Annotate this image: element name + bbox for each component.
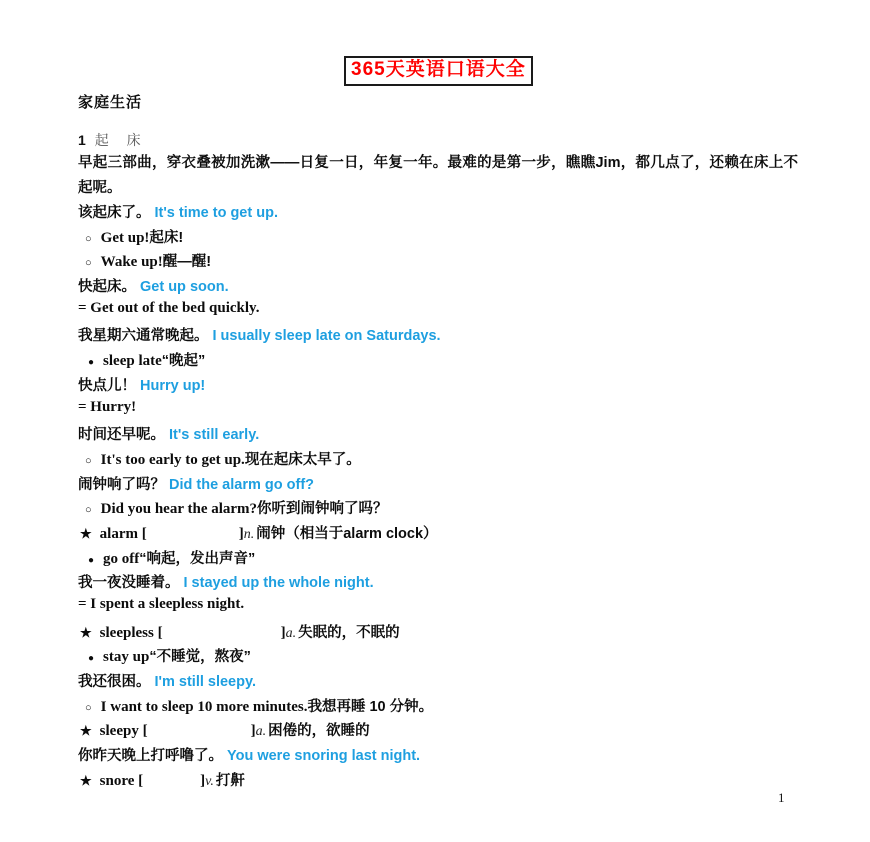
doc-line: 我还很困。I'm still sleepy. bbox=[78, 670, 838, 695]
english-text: = Get out of the bed quickly. bbox=[78, 300, 259, 317]
circle-bullet-icon: ○ bbox=[85, 702, 92, 714]
chinese-text: 闹钟响了吗？ bbox=[78, 473, 165, 494]
doc-line: 我一夜没睡着。I stayed up the whole night. bbox=[78, 571, 838, 596]
lesson-line: 1 起 床 bbox=[78, 130, 143, 150]
chinese-text: 我还很困。 bbox=[78, 670, 151, 691]
chinese-text: 闹钟（相当于alarm clock） bbox=[256, 522, 437, 543]
doc-line: 你昨天晚上打呼噜了。You were snoring last night. bbox=[78, 744, 838, 769]
chinese-text: 时间还早呢。 bbox=[78, 423, 165, 444]
english-text: sleepless [ bbox=[100, 625, 163, 642]
doc-line: ●go off“响起，发出声音” bbox=[78, 547, 838, 572]
doc-line: = Get out of the bed quickly. bbox=[78, 300, 838, 325]
chinese-text: 失眠的，不眠的 bbox=[298, 621, 400, 642]
doc-line: ★alarm [ ] n.闹钟（相当于alarm clock） bbox=[78, 522, 838, 547]
doc-line: ★sleepless [ ] a.失眠的，不眠的 bbox=[78, 621, 838, 646]
page-number: 1 bbox=[778, 790, 785, 806]
english-text: snore [ bbox=[100, 773, 143, 790]
lesson-name: 起 床 bbox=[95, 134, 143, 149]
english-text: Did you hear the alarm? bbox=[101, 501, 257, 518]
chinese-text: “晚起” bbox=[162, 349, 206, 370]
chinese-text: “不睡觉，熬夜” bbox=[149, 645, 251, 666]
chinese-text: 你昨天晚上打呼噜了。 bbox=[78, 744, 223, 765]
pos-label: n. bbox=[244, 527, 255, 543]
phonetic-gap bbox=[143, 772, 200, 790]
document-title: 365天英语口语大全 bbox=[351, 59, 526, 80]
english-text: Wake up! bbox=[101, 254, 163, 271]
circle-bullet-icon: ○ bbox=[85, 257, 92, 269]
phonetic-gap bbox=[163, 624, 281, 642]
circle-bullet-icon: ○ bbox=[85, 504, 92, 516]
doc-line: ★snore [ ] v. 打鼾 bbox=[78, 769, 838, 794]
english-translation-blue: I'm still sleepy. bbox=[155, 674, 257, 690]
doc-line: ★sleepy [ ] a.困倦的，欲睡的 bbox=[78, 719, 838, 744]
doc-line: ●sleep late“晚起” bbox=[78, 349, 838, 374]
doc-line: = Hurry! bbox=[78, 399, 838, 424]
doc-line: 时间还早呢。It's still early. bbox=[78, 423, 838, 448]
english-text: alarm [ bbox=[100, 526, 147, 543]
dialog-lines: 该起床了。It's time to get up.○Get up! 起床!○Wa… bbox=[78, 201, 838, 794]
english-translation-blue: Did the alarm go off? bbox=[169, 477, 314, 493]
doc-line: 该起床了。It's time to get up. bbox=[78, 201, 838, 226]
section-heading: 家庭生活 bbox=[78, 91, 142, 112]
english-text: It's too early to get up. bbox=[101, 452, 245, 469]
doc-line: ○It's too early to get up. 现在起床太早了。 bbox=[78, 448, 838, 473]
star-bullet-icon: ★ bbox=[80, 773, 92, 789]
star-bullet-icon: ★ bbox=[80, 625, 92, 641]
doc-line: ○Did you hear the alarm? 你听到闹钟响了吗？ bbox=[78, 497, 838, 522]
chinese-text: 你听到闹钟响了吗？ bbox=[257, 497, 388, 518]
chinese-text: 我一夜没睡着。 bbox=[78, 571, 180, 592]
doc-line: 快起床。Get up soon. bbox=[78, 275, 838, 300]
chinese-text: 现在起床太早了。 bbox=[245, 448, 361, 469]
dot-bullet-icon: ● bbox=[88, 653, 94, 664]
chinese-text: 我星期六通常晚起。 bbox=[78, 324, 209, 345]
star-bullet-icon: ★ bbox=[80, 526, 92, 542]
chinese-text: 我想再睡 10 分钟。 bbox=[307, 695, 433, 716]
doc-line: = I spent a sleepless night. bbox=[78, 596, 838, 621]
circle-bullet-icon: ○ bbox=[85, 233, 92, 245]
english-translation-blue: You were snoring last night. bbox=[227, 748, 420, 764]
english-text: stay up bbox=[103, 649, 149, 666]
chinese-text: 快点儿！ bbox=[78, 374, 136, 395]
doc-line: 闹钟响了吗？Did the alarm go off? bbox=[78, 473, 838, 498]
english-text: go off bbox=[103, 551, 139, 568]
chinese-text: 该起床了。 bbox=[78, 201, 151, 222]
chinese-text: “响起，发出声音” bbox=[139, 547, 255, 568]
document-page: 365天英语口语大全 家庭生活 1 起 床 早起三部曲，穿衣叠被加洗漱——日复一… bbox=[0, 0, 870, 842]
english-text: I want to sleep 10 more minutes. bbox=[101, 699, 308, 716]
dot-bullet-icon: ● bbox=[88, 555, 94, 566]
chinese-text: 快起床。 bbox=[78, 275, 136, 296]
chinese-text: 困倦的，欲睡的 bbox=[268, 719, 370, 740]
star-bullet-icon: ★ bbox=[80, 723, 92, 739]
doc-line: ●stay up“不睡觉，熬夜” bbox=[78, 645, 838, 670]
english-translation-blue: I usually sleep late on Saturdays. bbox=[213, 328, 441, 344]
english-translation-blue: It's time to get up. bbox=[155, 205, 278, 221]
doc-line: ○I want to sleep 10 more minutes. 我想再睡 1… bbox=[78, 695, 838, 720]
english-text: sleepy [ bbox=[100, 723, 148, 740]
phonetic-gap bbox=[147, 525, 239, 543]
doc-line: ○Wake up! 醒—醒! bbox=[78, 250, 838, 275]
english-translation-blue: Hurry up! bbox=[140, 378, 205, 394]
pos-label: v. bbox=[205, 774, 214, 790]
lesson-number: 1 bbox=[78, 132, 86, 148]
doc-line: 快点儿！Hurry up! bbox=[78, 374, 838, 399]
doc-line: ○Get up! 起床! bbox=[78, 226, 838, 251]
chinese-text: 打鼾 bbox=[216, 769, 245, 790]
english-text: Get up! bbox=[101, 230, 150, 247]
circle-bullet-icon: ○ bbox=[85, 455, 92, 467]
english-translation-blue: It's still early. bbox=[169, 427, 259, 443]
english-text: = I spent a sleepless night. bbox=[78, 596, 244, 613]
english-text: = Hurry! bbox=[78, 399, 136, 416]
doc-line: 我星期六通常晚起。I usually sleep late on Saturda… bbox=[78, 324, 838, 349]
pos-label: a. bbox=[256, 724, 267, 740]
pos-label: a. bbox=[286, 626, 297, 642]
chinese-text: 起床! bbox=[149, 226, 183, 247]
dot-bullet-icon: ● bbox=[88, 357, 94, 368]
english-translation-blue: I stayed up the whole night. bbox=[184, 575, 374, 591]
english-text: sleep late bbox=[103, 353, 162, 370]
intro-paragraph: 早起三部曲，穿衣叠被加洗漱——日复一日，年复一年。最难的是第一步，瞧瞧Jim，都… bbox=[78, 151, 798, 201]
english-translation-blue: Get up soon. bbox=[140, 279, 229, 295]
chinese-text: 醒—醒! bbox=[163, 250, 211, 271]
document-title-box: 365天英语口语大全 bbox=[344, 56, 533, 86]
phonetic-gap bbox=[148, 722, 251, 740]
